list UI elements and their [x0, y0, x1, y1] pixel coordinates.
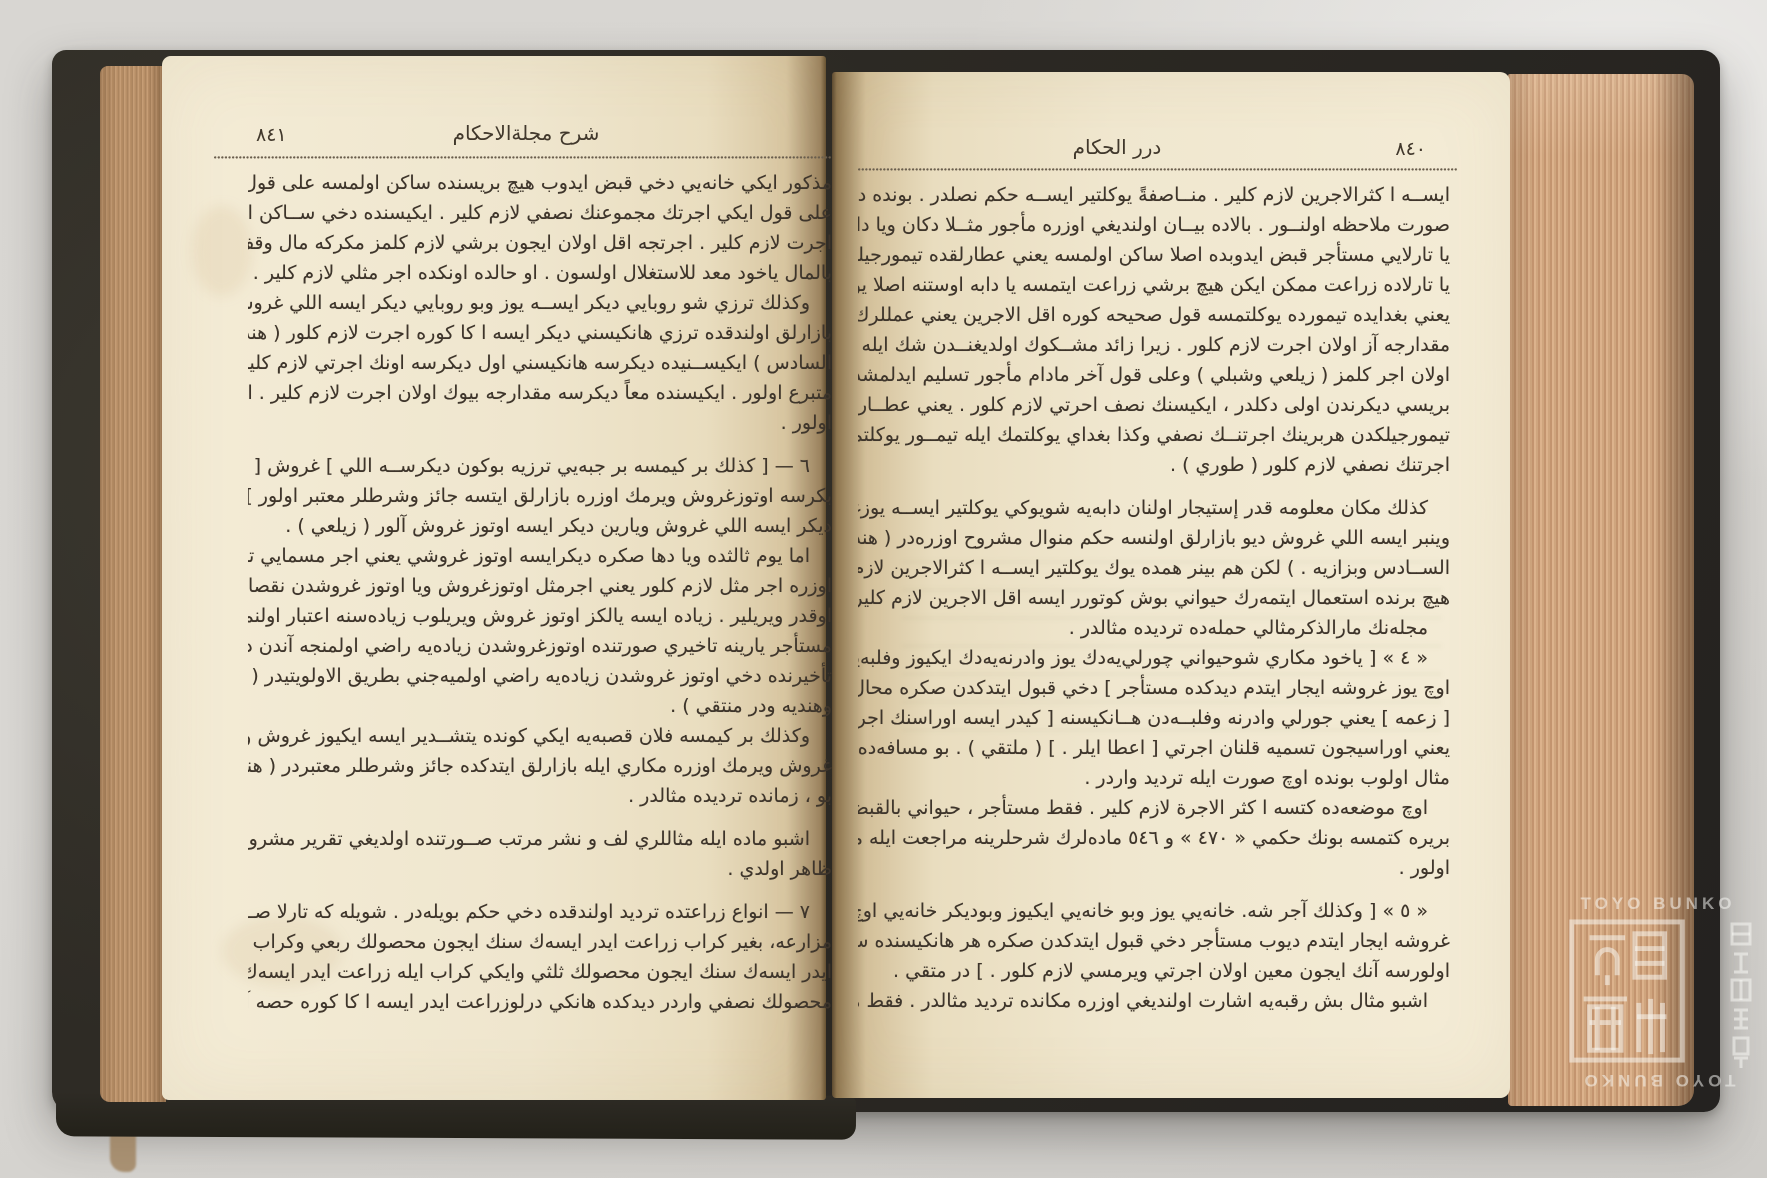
text-line: اوزره اجر مثل لازم كلور يعني اجرمثل اوتو…	[248, 571, 832, 601]
right-header-rule	[858, 168, 1458, 171]
text-line: اولور .	[248, 408, 832, 438]
text-line: مستأجر يارينه تاخيري صورتنده اوتوزغروشدن…	[248, 631, 832, 661]
text-line: « ٥ » [ وكذلك آجر شه. خانه‌يي يوز وبو خا…	[858, 896, 1450, 926]
right-page: ٨٤٠ درر الحكام ايســه ا كثرالاجرين لازم …	[832, 72, 1510, 1098]
left-header-rule	[214, 156, 834, 159]
text-line: السادس ) ايكيســنيده ديكرسه هانكيسني اول…	[248, 348, 832, 378]
text-line: يعني بغدايده تيمورده يوكلتمسه قول صحيحه …	[858, 300, 1450, 330]
right-page-title: درر الحكام	[803, 132, 1431, 162]
seal-side-characters-icon	[1728, 920, 1754, 1070]
text-line: اولان اجر كلمز ( زيلعي وشبلي ) وعلى قول …	[858, 360, 1450, 390]
page-edges-left	[100, 66, 166, 1102]
right-page-body: ايســه ا كثرالاجرين لازم كلير . منــاصفة…	[858, 180, 1450, 1016]
text-line: بريسي ديكرندن اولى دكلدر ، ايكيسنك نصف ا…	[858, 390, 1450, 420]
left-page-body: مذكور ايكي خانه‌يي دخي قبض ايدوب هيچ بري…	[248, 168, 832, 1017]
text-line: ديكر ايسه اللي غروش ويارين ديكر ايسه اوت…	[248, 511, 832, 541]
text-line: وهنديه ودر منتقي ) .	[248, 691, 832, 721]
text-line: اما يوم ثالثده ويا دها صكره ديكرايسه اوت…	[248, 541, 832, 571]
text-line: بازارلق اولندقده ترزي هانكيسني ديكر ايسه…	[248, 318, 832, 348]
text-line: يا تارلاده زراعت ممكن ايكن هيچ برشي زراع…	[858, 270, 1450, 300]
text-line: « ٤ » [ ياخود مكاري شوحيواني چورلي‌يه‌دك…	[858, 643, 1450, 673]
text-line: اجرت لازم كلير . اجرتجه اقل اولان ايجون …	[248, 228, 832, 258]
text-line: هيچ برنده استعمال ايتمه‌رك حيواني بوش كو…	[858, 583, 1450, 613]
text-line: مذكور ايكي خانه‌يي دخي قبض ايدوب هيچ بري…	[248, 168, 832, 198]
text-line: ٧ — انواع زراعتده ترديد اولندقده دخي حكم…	[248, 897, 832, 927]
text-line: تيمورجيلكدن هربرينك اجرتنــك نصفي وكذا ب…	[858, 420, 1450, 450]
text-line: يعني اوراسيجون تسميه قلنان اجرتي [ اعطا …	[858, 733, 1450, 763]
text-line: اجرتنك نصفي لازم كلور ( طوري ) .	[858, 450, 1450, 480]
text-line: وكذلك بر كيمسه فلان قصبه‌يه ايكي كونده ي…	[248, 721, 832, 751]
text-line: اشبو مثال بش رقبه‌يه اشارت اولنديغي اوزر…	[858, 986, 1450, 1016]
text-line: بالمال ياخود معد للاستغلال اولسون . او ح…	[248, 258, 832, 288]
text-line: ايدر ايسه‌ك سنك ايجون محصولك ثلثي وايكي …	[248, 957, 832, 987]
text-line: اوچ موضعه‌ده كتسه ا كثر الاجرة لازم كلير…	[858, 793, 1450, 823]
text-line: مجله‌نك مارالذكرمثالي حمله‌ده ترديده مثا…	[858, 613, 1450, 643]
text-line: مثال اولوب بونده اوچ صورت ايله ترديد وار…	[858, 763, 1450, 793]
text-line: بريره كتمسه بونك حكمي « ٤٧٠ » و ٥٤٦ ماده…	[858, 823, 1450, 853]
text-line: محصولك نصفي واردر ديدكده هانكي درلوزراعت…	[248, 987, 832, 1017]
text-line: اوقدر ويريلير . زياده ايسه يالكز اوتوز غ…	[248, 601, 832, 631]
text-line: اوچ يوز غروشه ايجار ايتدم ديدكده مستأجر …	[858, 673, 1450, 703]
text-line: مزارعه، بغير كراب زراعت ايدر ايسه‌ك سنك …	[248, 927, 832, 957]
text-line: يا تارلايي مستأجر قبض ايدوبده اصلا ساكن …	[858, 240, 1450, 270]
text-line: ٦ — [ كذلك بر كيمسه بر جبه‌يي ترزيه بوكو…	[248, 451, 832, 481]
text-line: غروش ويرمك اوزره مكاري ايله بازارلق ايتد…	[248, 751, 832, 781]
text-line: بكرسه اوتوزغروش ويرمك اوزره بازارلق ايتس…	[248, 481, 832, 511]
text-line: على قول ايكي اجرتك مجموعنك نصفي لازم كلي…	[248, 198, 832, 228]
page-stain	[192, 206, 252, 296]
text-line: اولور .	[858, 853, 1450, 883]
text-line: تأخيرنده دخي اوتوز غروشدن زياده‌يه راضي …	[248, 661, 832, 691]
text-line: صورت ملاحظه اولنــور . بالاده بيــان اول…	[858, 210, 1450, 240]
text-line: [ زعمه ] يعني جورلي وادرنه وفلبــه‌دن هـ…	[858, 703, 1450, 733]
photo-background: ٨٤١ شرح مجلةالاحكام مذكور ايكي خانه‌يي د…	[0, 0, 1767, 1178]
text-line: مقدارجه آز اولان اجرت لازم كلور . زيرا ز…	[858, 330, 1450, 360]
left-page-title: شرح مجلةالاحكام	[218, 118, 834, 148]
text-line: غروشه ايجار ايتدم ديوب مستأجر دخي قبول ا…	[858, 926, 1450, 956]
left-page-header: ٨٤١ شرح مجلةالاحكام	[218, 118, 834, 150]
text-line: وكذلك ترزي شو روبايي ديكر ايســه يوز وبو…	[248, 288, 832, 318]
text-line: ظاهر اولدي .	[248, 854, 832, 884]
text-line: وينبر ايسه اللي غروش ديو بازارلق اولنسه …	[858, 523, 1450, 553]
left-page: ٨٤١ شرح مجلةالاحكام مذكور ايكي خانه‌يي د…	[162, 56, 826, 1100]
page-edges-right	[1508, 74, 1694, 1106]
left-page-number: ٨٤١	[256, 120, 287, 150]
text-line: ايســه ا كثرالاجرين لازم كلير . منــاصفة…	[858, 180, 1450, 210]
text-line: بو ، زمانده ترديده مثالدر .	[248, 781, 832, 811]
text-line: كذلك مكان معلومه قدر إستيجار اولنان دابه…	[858, 493, 1450, 523]
text-line: متبرع اولور . ايكيسنده معاً ديكرسه مقدار…	[248, 378, 832, 408]
right-page-header: ٨٤٠ درر الحكام	[858, 132, 1486, 164]
text-line: اولورسه آنك ايجون معين اولان اجرتي ويرمس…	[858, 956, 1450, 986]
text-line: اشبو ماده ايله مثاللري لف و نشر مرتب صــ…	[248, 824, 832, 854]
text-line: الســادس وبزازيه . ) لكن هم بينر همده يو…	[858, 553, 1450, 583]
